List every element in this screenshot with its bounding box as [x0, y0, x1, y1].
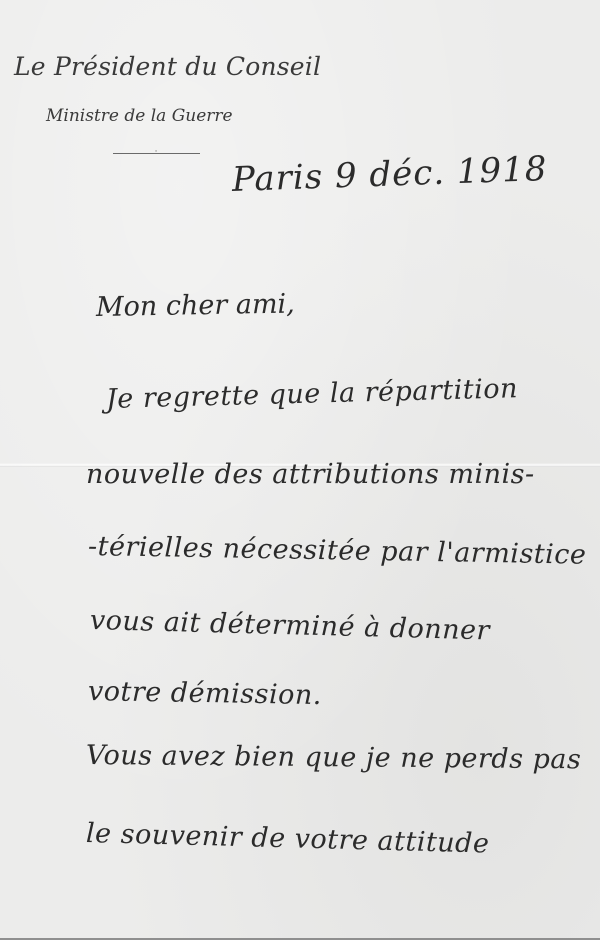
body-line: Vous avez bien que je ne perds pas [86, 740, 582, 775]
body-line: -térielles nécessitée par l'armistice [88, 531, 587, 571]
letterhead-ornament-icon: · [152, 147, 160, 157]
body-line: Je regrette que la répartition [106, 373, 519, 415]
body-line: votre démission. [88, 676, 322, 711]
body-line: le souvenir de votre attitude [86, 818, 490, 860]
letterhead-title: Le Président du Conseil [14, 52, 321, 81]
body-line: nouvelle des attributions minis- [86, 459, 535, 490]
body-line: vous ait déterminé à donner [90, 605, 491, 646]
letterhead-subtitle: Ministre de la Guerre [46, 106, 233, 126]
letter-salutation: Mon cher ami, [96, 289, 295, 323]
letter-date: Paris 9 déc. 1918 [231, 149, 548, 200]
letter-sheet: Le Président du Conseil Ministre de la G… [0, 0, 600, 940]
